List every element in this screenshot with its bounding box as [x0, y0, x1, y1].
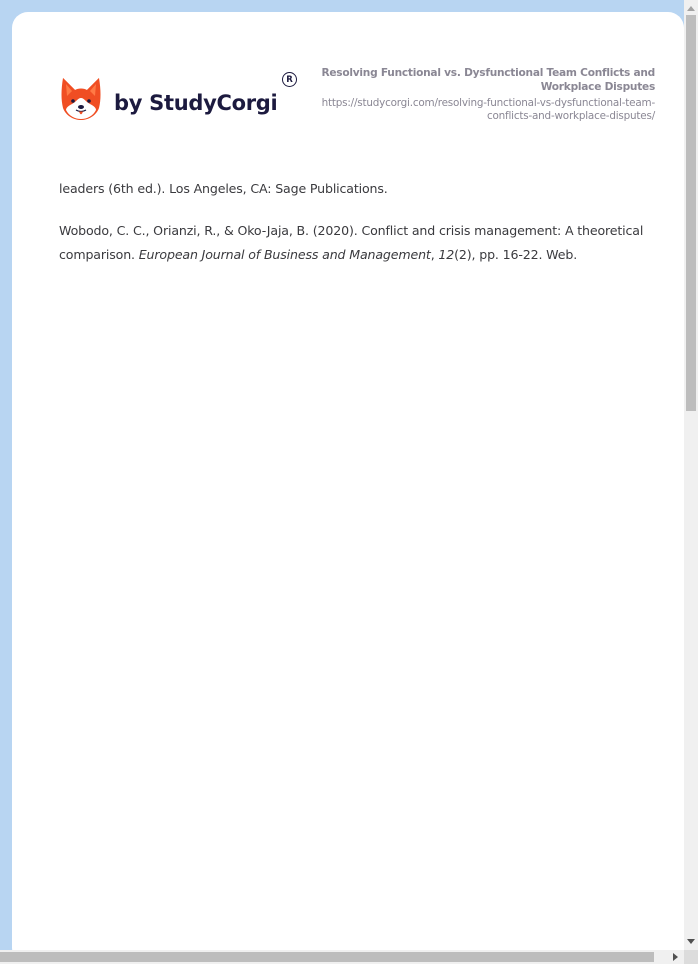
references-content: leaders (6th ed.). Los Angeles, CA: Sage… — [59, 177, 649, 285]
document-page: by StudyCorgi R Resolving Functional vs.… — [12, 12, 684, 964]
reference-text: leaders (6th ed.). Los Angeles, CA: Sage… — [59, 181, 388, 196]
studycorgi-logo[interactable]: by StudyCorgi R — [60, 76, 277, 122]
horizontal-scrollbar[interactable] — [0, 950, 684, 964]
corgi-logo-icon — [60, 76, 102, 122]
document-meta: Resolving Functional vs. Dysfunctional T… — [295, 66, 655, 123]
scrollbar-corner — [684, 950, 698, 964]
scroll-down-arrow-icon[interactable] — [687, 939, 695, 944]
vertical-scrollbar[interactable] — [684, 0, 698, 950]
vertical-scroll-thumb[interactable] — [686, 15, 696, 411]
reference-journal: European Journal of Business and Managem… — [139, 247, 431, 262]
reference-volume: 12 — [438, 247, 454, 262]
document-url[interactable]: https://studycorgi.com/resolving-functio… — [295, 97, 655, 123]
logo-text: by StudyCorgi — [114, 91, 277, 115]
page-header: by StudyCorgi R Resolving Functional vs.… — [12, 12, 684, 152]
reference-entry: leaders (6th ed.). Los Angeles, CA: Sage… — [59, 177, 649, 201]
reference-text: (2), pp. 16-22. Web. — [454, 247, 577, 262]
horizontal-scroll-thumb[interactable] — [0, 952, 654, 962]
reference-entry: Wobodo, C. C., Orianzi, R., & Oko-Jaja, … — [59, 219, 649, 267]
scroll-up-arrow-icon[interactable] — [687, 6, 695, 11]
document-title: Resolving Functional vs. Dysfunctional T… — [295, 66, 655, 94]
scroll-right-arrow-icon[interactable] — [673, 953, 678, 961]
